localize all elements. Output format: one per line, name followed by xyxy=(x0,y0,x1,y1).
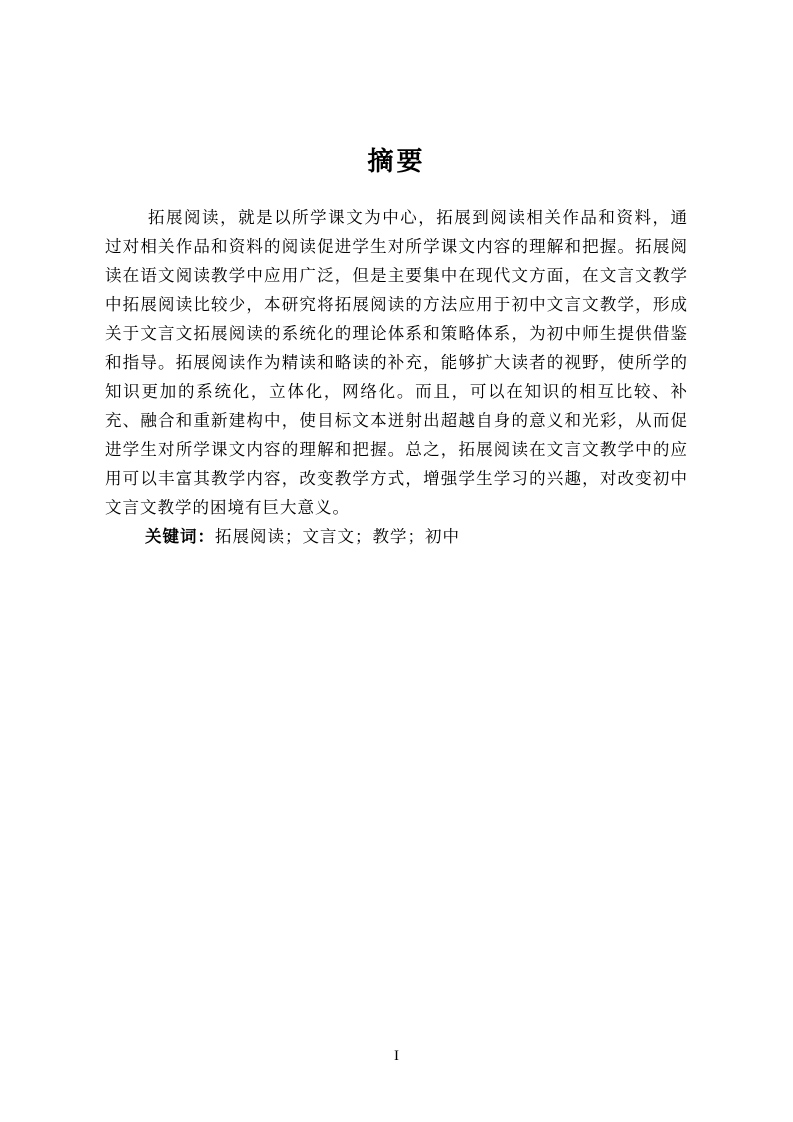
keywords-line: 关键词：拓展阅读；文言文；教学；初中 xyxy=(105,522,688,552)
page-number: I xyxy=(0,1048,793,1065)
page-title: 摘要 xyxy=(105,0,688,177)
keywords-label: 关键词： xyxy=(145,528,215,546)
abstract-paragraph: 拓展阅读，就是以所学课文为中心，拓展到阅读相关作品和资料，通过对相关作品和资料的… xyxy=(105,203,688,522)
page-content: 摘要 拓展阅读，就是以所学课文为中心，拓展到阅读相关作品和资料，通过对相关作品和… xyxy=(0,0,793,552)
document-page: 摘要 拓展阅读，就是以所学课文为中心，拓展到阅读相关作品和资料，通过对相关作品和… xyxy=(0,0,793,1122)
keywords-text: 拓展阅读；文言文；教学；初中 xyxy=(215,527,460,546)
